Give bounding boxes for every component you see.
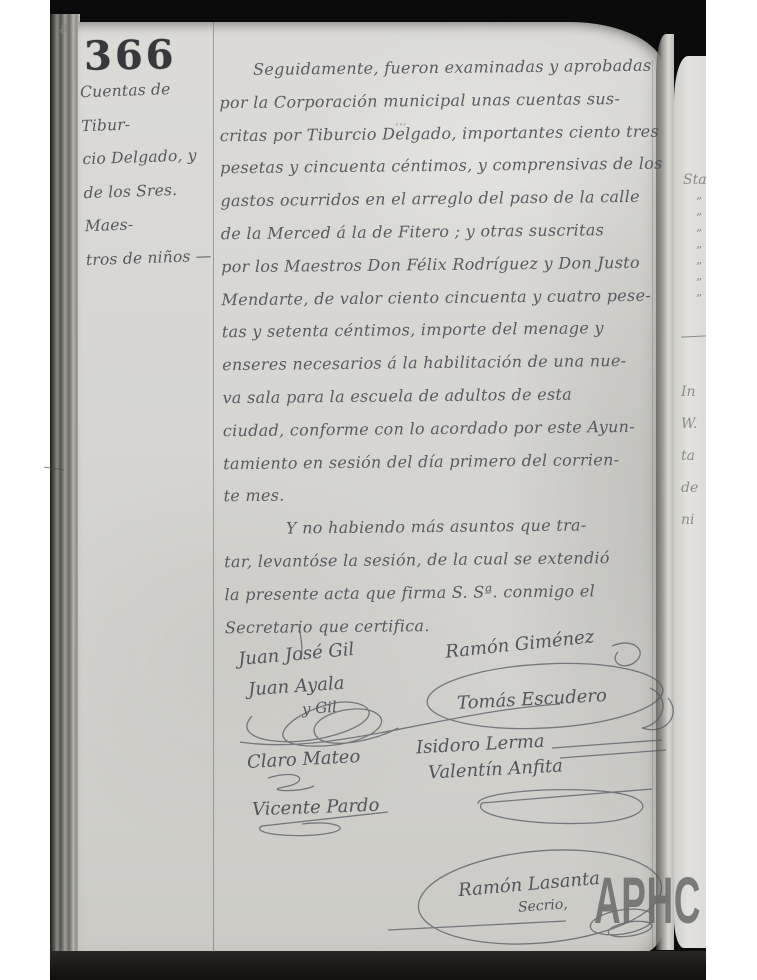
body-line: Seguidamente, fueron examinadas y aproba… <box>219 50 649 87</box>
margin-note: Cuentas de Tibur- cio Delgado, y de los … <box>80 72 215 277</box>
margin-note-line: de los Sres. Maes- <box>83 172 213 243</box>
interline-insertion-mark: ,,, <box>395 106 407 139</box>
body-line: critas por Tiburcio Delgado, importantes… <box>220 115 650 152</box>
ditto-mark: ” <box>693 259 705 275</box>
body-line-text: critas por Tiburcio Delgado, importantes… <box>220 121 659 145</box>
word-fragment: de <box>681 472 698 504</box>
margin-note-line: Cuentas de Tibur- <box>80 72 210 143</box>
next-page-word-fragments: In W. ta de ni <box>681 376 698 536</box>
body-line: Y no habiendo más asuntos que tra- <box>224 509 654 546</box>
book-gutter-page-edges <box>50 14 80 966</box>
aphc-watermark: APHC <box>594 862 701 938</box>
table-surface <box>50 951 706 980</box>
next-page-fragment-top: Sta <box>683 172 707 188</box>
margin-note-line: cio Delgado, y <box>82 139 211 177</box>
body-line: por la Corporación municipal unas cuenta… <box>219 83 649 120</box>
body-line: ciudad, conforme con lo acordado por est… <box>223 411 653 448</box>
body-line: Mendarte, de valor ciento cincuenta y cu… <box>221 279 651 316</box>
body-line: tas y setenta céntimos, importe del mena… <box>222 312 652 349</box>
body-line: pesetas y cincuenta céntimos, y comprens… <box>220 148 650 185</box>
body-line: gastos ocurridos en el arreglo del paso … <box>220 181 650 218</box>
ditto-mark: ” <box>693 226 705 242</box>
ditto-mark: ” <box>693 210 705 226</box>
left-margin-rule <box>213 22 214 952</box>
body-text: Seguidamente, fueron examinadas y aproba… <box>219 50 655 645</box>
word-fragment: W. <box>681 408 698 440</box>
margin-note-line: tros de niños — <box>85 239 214 277</box>
word-fragment: ni <box>681 504 698 536</box>
next-page-ditto-marks: ” ” ” ” ” ” ” <box>693 194 705 307</box>
word-fragment: ta <box>681 440 698 472</box>
ditto-mark: ” <box>693 194 705 210</box>
body-line: tar, levantóse la sesión, de la cual se … <box>224 542 654 579</box>
edge-pencil-mark: 8 <box>60 22 68 36</box>
word-fragment: In <box>681 376 698 408</box>
ditto-mark: ” <box>693 275 705 291</box>
scanned-ledger-page: 366 8 Cuentas de Tibur- cio Delgado, y d… <box>0 0 757 980</box>
body-line: de la Merced á la de Fitero ; y otras su… <box>221 214 651 251</box>
body-line: tamiento en sesión del día primero del c… <box>223 443 653 480</box>
body-line: por los Maestros Don Félix Rodríguez y D… <box>221 247 651 284</box>
body-line: enseres necesarios á la habilitación de … <box>222 345 652 382</box>
signature-y-gil: y Gil <box>301 698 337 718</box>
body-line: te mes. <box>223 476 653 513</box>
ditto-mark: ” <box>693 291 705 307</box>
body-line: la presente acta que firma S. Sª. conmig… <box>224 574 654 611</box>
signature-vicente-pardo: Vicente Pardo <box>252 795 380 820</box>
ditto-mark: ” <box>693 243 705 259</box>
body-line: va sala para la escuela de adultos de es… <box>222 378 652 415</box>
